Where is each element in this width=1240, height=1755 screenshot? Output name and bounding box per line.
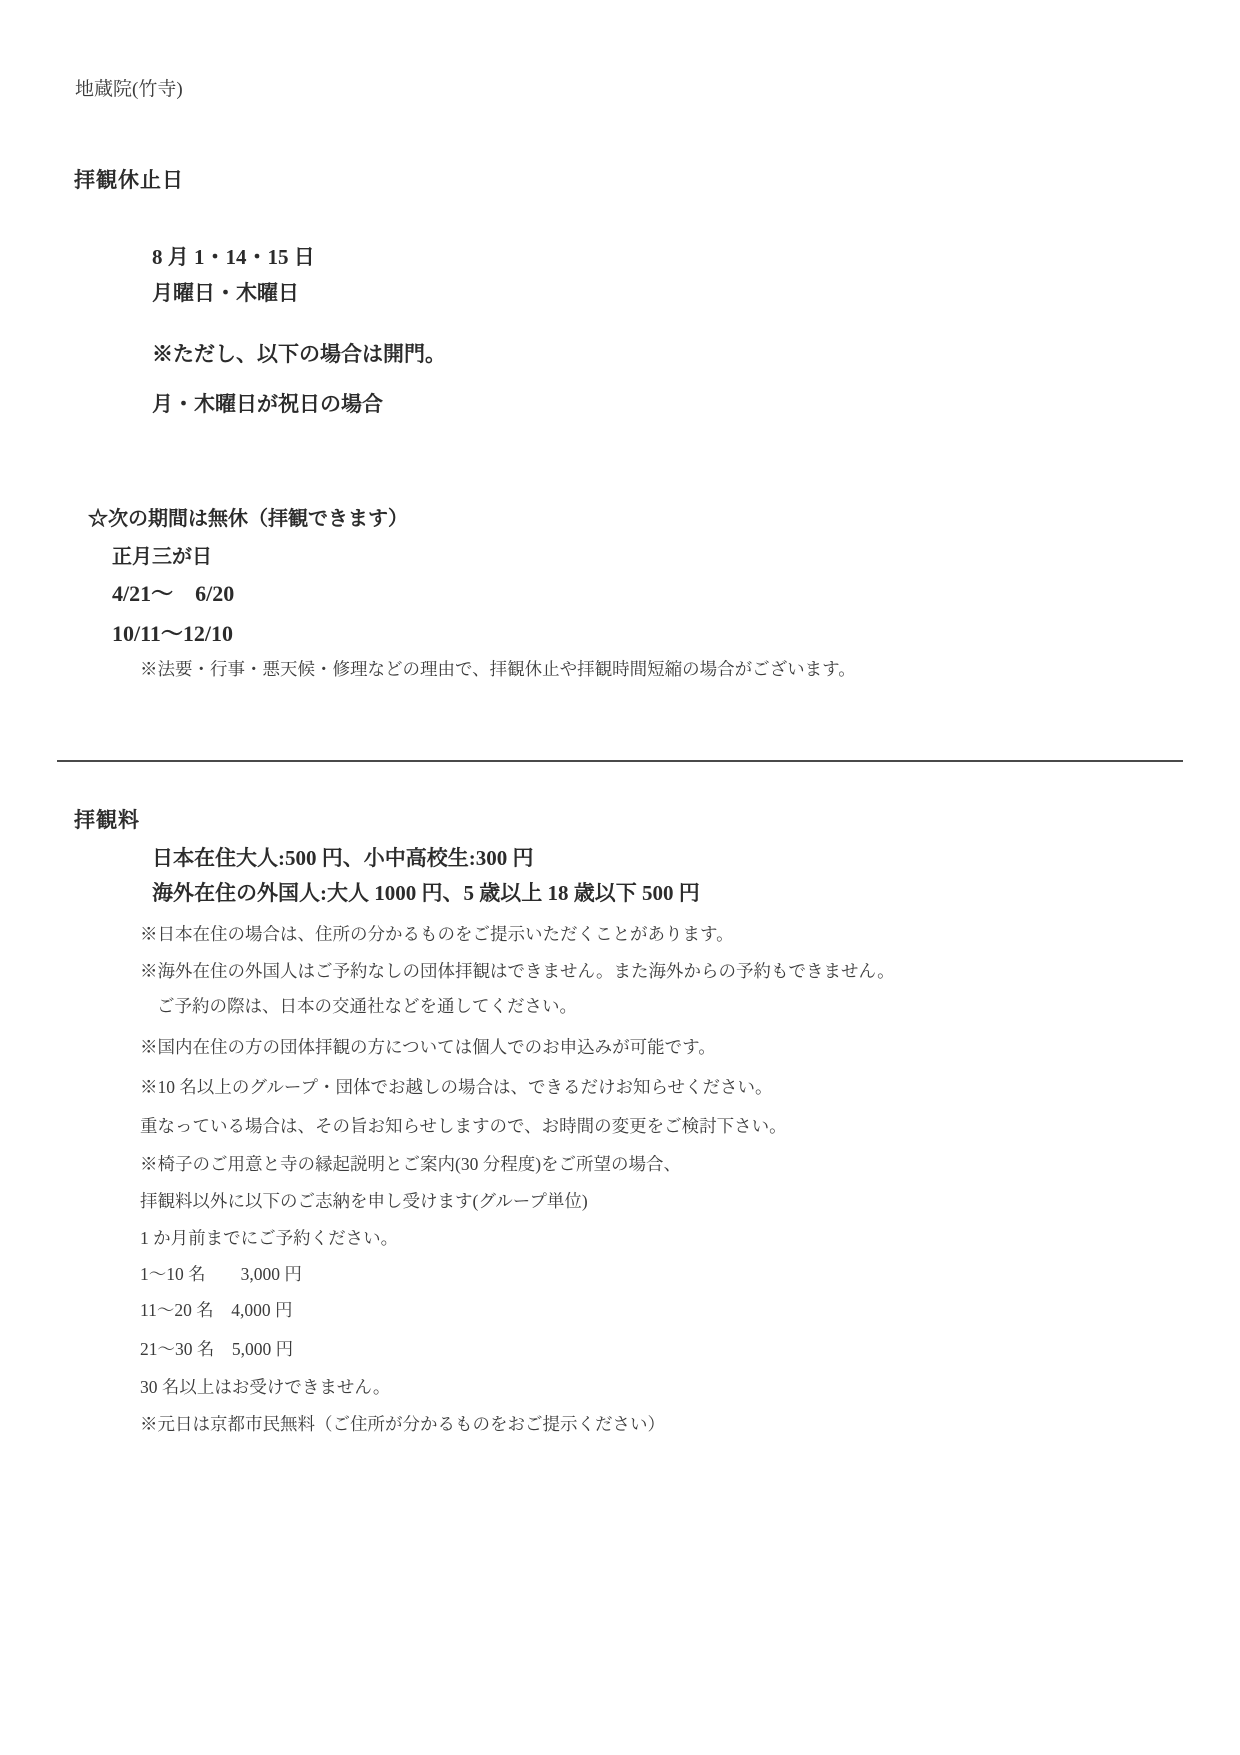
fee-note: 1～10 名 3,000 円: [140, 1261, 302, 1286]
fee-note: ※椅子のご用意と寺の縁起説明とご案内(30 分程度)をご所望の場合、: [140, 1151, 681, 1176]
fee-note: ご予約の際は、日本の交通社などを通してください。: [157, 993, 577, 1018]
open-exception-note: ※ただし、以下の場合は開門。: [152, 338, 446, 368]
section-divider: [57, 760, 1183, 762]
fee-note: 拝観料以外に以下のご志納を申し受けます(グループ単位): [140, 1188, 588, 1213]
fee-note: 重なっている場合は、その旨お知らせしますので、お時間の変更をご検討下さい。: [140, 1113, 787, 1138]
closed-days-heading: 拝観休止日: [74, 164, 184, 194]
fee-note: ※10 名以上のグループ・団体でお越しの場合は、できるだけお知らせください。: [140, 1074, 772, 1099]
fee-note: ※国内在住の方の団体拝観の方については個人でのお申込みが可能です。: [140, 1034, 716, 1059]
fee-note: 11～20 名 4,000 円: [140, 1297, 292, 1322]
fee-note: ※日本在住の場合は、住所の分かるものをご提示いただくことがあります。: [140, 921, 734, 946]
open-period-item: 正月三が日: [112, 540, 212, 569]
temple-name: 地蔵院(竹寺): [75, 74, 183, 101]
fee-note: ※海外在住の外国人はご予約なしの団体拝観はできません。また海外からの予約もできま…: [140, 958, 895, 983]
fee-note: 1 か月前までにご予約ください。: [140, 1225, 398, 1250]
fees-heading: 拝観料: [74, 804, 140, 834]
open-periods-heading: ☆次の期間は無休（拝観できます）: [88, 502, 408, 531]
open-period-item: 10/11～12/10: [112, 617, 233, 648]
open-period-item: 4/21～ 6/20: [112, 577, 234, 608]
document-page: 地蔵院(竹寺) 拝観休止日 8 月 1・14・15 日 月曜日・木曜日 ※ただし…: [0, 0, 1240, 1755]
fee-note: 30 名以上はお受けできません。: [140, 1374, 390, 1399]
fee-note: 21～30 名 5,000 円: [140, 1336, 293, 1361]
fee-overseas: 海外在住の外国人:大人 1000 円、5 歳以上 18 歳以下 500 円: [152, 877, 700, 907]
fee-domestic: 日本在住大人:500 円、小中高校生:300 円: [152, 842, 534, 872]
closure-note: ※法要・行事・悪天候・修理などの理由で、拝観休止や拝観時間短縮の場合がございます…: [140, 656, 856, 681]
closed-weekdays: 月曜日・木曜日: [152, 277, 299, 307]
fee-note: ※元日は京都市民無料（ご住所が分かるものをおご提示ください）: [140, 1411, 665, 1436]
open-exception-case: 月・木曜日が祝日の場合: [152, 388, 383, 418]
closed-dates: 8 月 1・14・15 日: [152, 241, 315, 271]
